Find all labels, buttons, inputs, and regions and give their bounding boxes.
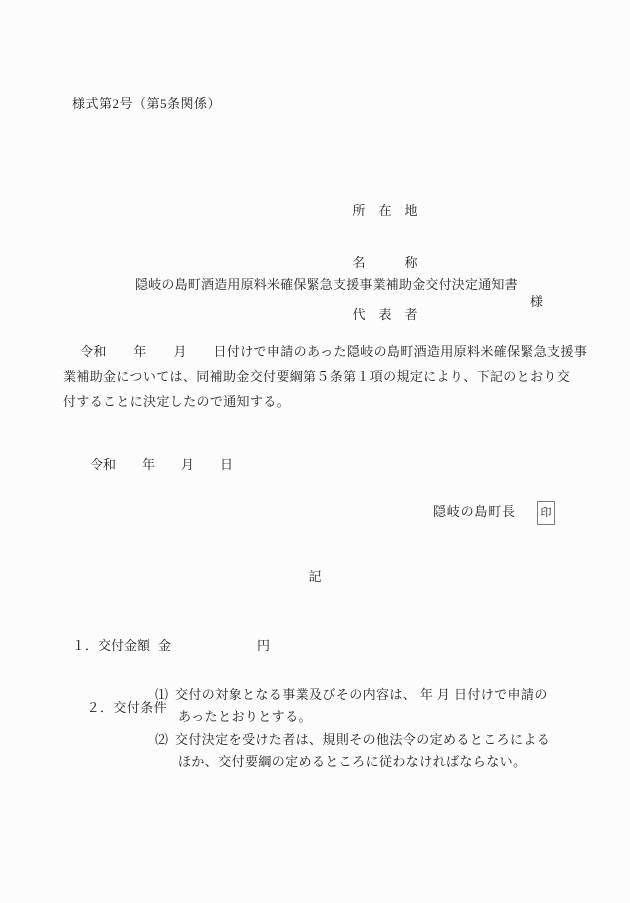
grant-conditions-item2-line-1: 交付決定を受けた者は、規則その他法令の定めるところによる	[175, 733, 550, 746]
grant-conditions-item1-marker: ⑴	[155, 688, 168, 701]
grant-conditions-label: ２．交付条件	[87, 700, 167, 715]
document-title: 隠岐の島町酒造用原料米確保緊急支援事業補助金交付決定通知書	[135, 278, 518, 291]
grant-amount-label: １．交付金額	[72, 639, 150, 652]
recipient-address-row: 所 在 地	[333, 191, 418, 217]
recipient-honorific: 様	[530, 295, 543, 308]
grant-conditions-item2-marker: ⑵	[155, 733, 168, 746]
grant-conditions-row-4: ほか、交付要綱の定めるところに従わなければならない。	[72, 755, 87, 794]
issuer-name: 隠岐の島町長	[433, 505, 516, 518]
ki-marker: 記	[0, 570, 630, 583]
form-number: 様式第2号（第5条関係）	[72, 97, 221, 110]
recipient-representative-label: 代 表 者	[353, 307, 418, 322]
issue-date-line: 令和 年 月 日	[90, 458, 233, 471]
body-paragraph-line-3: 付することに決定したので通知する。	[63, 395, 290, 408]
seal-box: 印	[537, 501, 555, 525]
recipient-name-label: 名 称	[353, 255, 418, 270]
recipient-block: 所 在 地 名 称 代 表 者 様	[333, 165, 418, 347]
notice-document-page: 様式第2号（第5条関係） 所 在 地 名 称 代 表 者 様 隠岐の島町酒造用原…	[0, 0, 630, 903]
grant-conditions-item2-line-2: ほか、交付要綱の定めるところに従わなければならない。	[178, 755, 526, 768]
body-paragraph-line-2: 業補助金については、同補助金交付要綱第５条第１項の規定により、下記のとおり交	[63, 370, 570, 383]
grant-amount-section: １．交付金額 金 円	[72, 639, 552, 655]
grant-conditions-item1-line-2: あったとおりとする。	[178, 710, 312, 723]
seal-mark: 印	[541, 508, 552, 519]
grant-amount-currency-suffix: 円	[257, 639, 270, 652]
recipient-name-row: 名 称	[333, 243, 418, 269]
grant-amount-currency-prefix: 金	[158, 639, 171, 652]
recipient-representative-row: 代 表 者 様	[333, 295, 418, 321]
recipient-address-label: 所 在 地	[353, 203, 418, 218]
grant-conditions-item1-line-1: 交付の対象となる事業及びその内容は、 年 月 日付けで申請の	[175, 688, 548, 701]
body-paragraph-line-1: 令和 年 月 日付けで申請のあった隠岐の島町酒造用原料米確保緊急支援事	[63, 345, 587, 358]
